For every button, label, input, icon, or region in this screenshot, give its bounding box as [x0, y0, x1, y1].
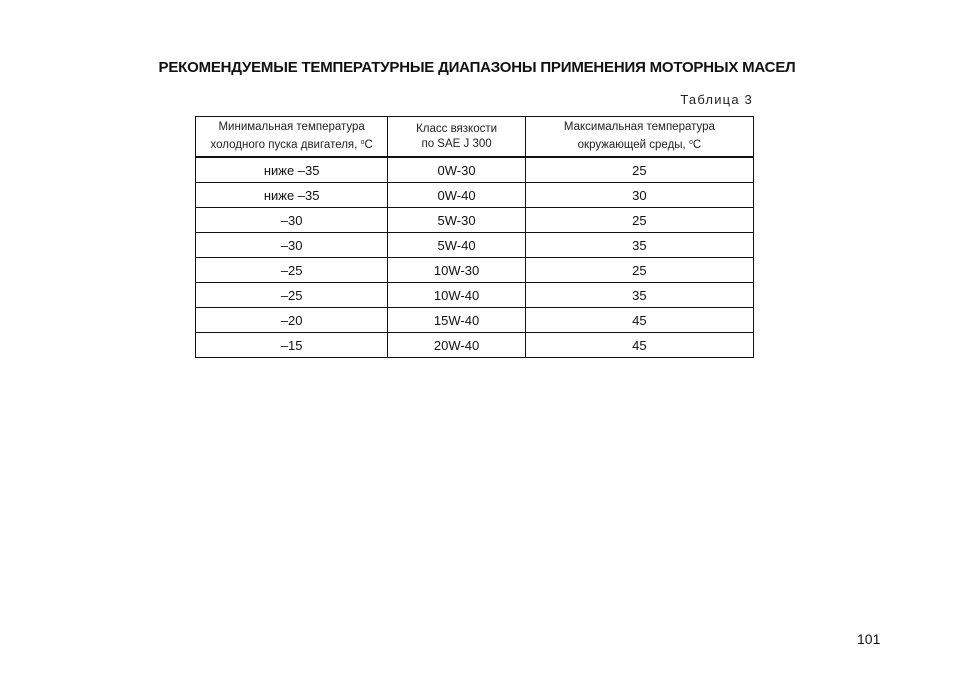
header-max-temp-unit: C: [693, 139, 701, 151]
table-row: –20 15W-40 45: [196, 308, 754, 333]
cell-max-temp: 25: [525, 258, 753, 283]
cell-sae-class: 5W-30: [388, 208, 525, 233]
header-min-temp-line2: холодного пуска двигателя,: [211, 139, 361, 151]
header-min-temp: Минимальная температура холодного пуска …: [196, 117, 388, 158]
page-number: 101: [857, 631, 880, 647]
header-sae-class-line2: по SAE J 300: [421, 138, 491, 150]
cell-sae-class: 0W-40: [388, 183, 525, 208]
cell-max-temp: 30: [525, 183, 753, 208]
cell-min-temp: ниже –35: [196, 157, 388, 183]
header-min-temp-unit: C: [364, 139, 372, 151]
cell-sae-class: 10W-30: [388, 258, 525, 283]
cell-min-temp: –30: [196, 233, 388, 258]
table-row: –25 10W-30 25: [196, 258, 754, 283]
cell-min-temp: –15: [196, 333, 388, 358]
cell-min-temp: ниже –35: [196, 183, 388, 208]
header-max-temp-line2: окружающей среды,: [578, 139, 689, 151]
cell-max-temp: 35: [525, 233, 753, 258]
cell-max-temp: 45: [525, 333, 753, 358]
oil-temperature-table: Минимальная температура холодного пуска …: [195, 116, 754, 358]
page-title: РЕКОМЕНДУЕМЫЕ ТЕМПЕРАТУРНЫЕ ДИАПАЗОНЫ ПР…: [0, 59, 954, 76]
header-sae-class-line1: Класс вязкости: [416, 123, 497, 135]
header-max-temp-line1: Максимальная температура: [564, 121, 715, 133]
cell-sae-class: 0W-30: [388, 157, 525, 183]
table-row: –15 20W-40 45: [196, 333, 754, 358]
table-row: –25 10W-40 35: [196, 283, 754, 308]
cell-max-temp: 25: [525, 157, 753, 183]
header-min-temp-line1: Минимальная температура: [218, 121, 364, 133]
cell-sae-class: 15W-40: [388, 308, 525, 333]
header-max-temp: Максимальная температура окружающей сред…: [525, 117, 753, 158]
table-row: –30 5W-30 25: [196, 208, 754, 233]
table-row: ниже –35 0W-30 25: [196, 157, 754, 183]
cell-max-temp: 35: [525, 283, 753, 308]
table-row: ниже –35 0W-40 30: [196, 183, 754, 208]
cell-sae-class: 10W-40: [388, 283, 525, 308]
cell-sae-class: 5W-40: [388, 233, 525, 258]
table-header-row: Минимальная температура холодного пуска …: [196, 117, 754, 158]
cell-sae-class: 20W-40: [388, 333, 525, 358]
cell-max-temp: 45: [525, 308, 753, 333]
cell-min-temp: –20: [196, 308, 388, 333]
cell-min-temp: –25: [196, 283, 388, 308]
header-sae-class: Класс вязкости по SAE J 300: [388, 117, 525, 158]
cell-min-temp: –25: [196, 258, 388, 283]
table-row: –30 5W-40 35: [196, 233, 754, 258]
cell-max-temp: 25: [525, 208, 753, 233]
cell-min-temp: –30: [196, 208, 388, 233]
table-caption: Таблица 3: [680, 92, 753, 107]
